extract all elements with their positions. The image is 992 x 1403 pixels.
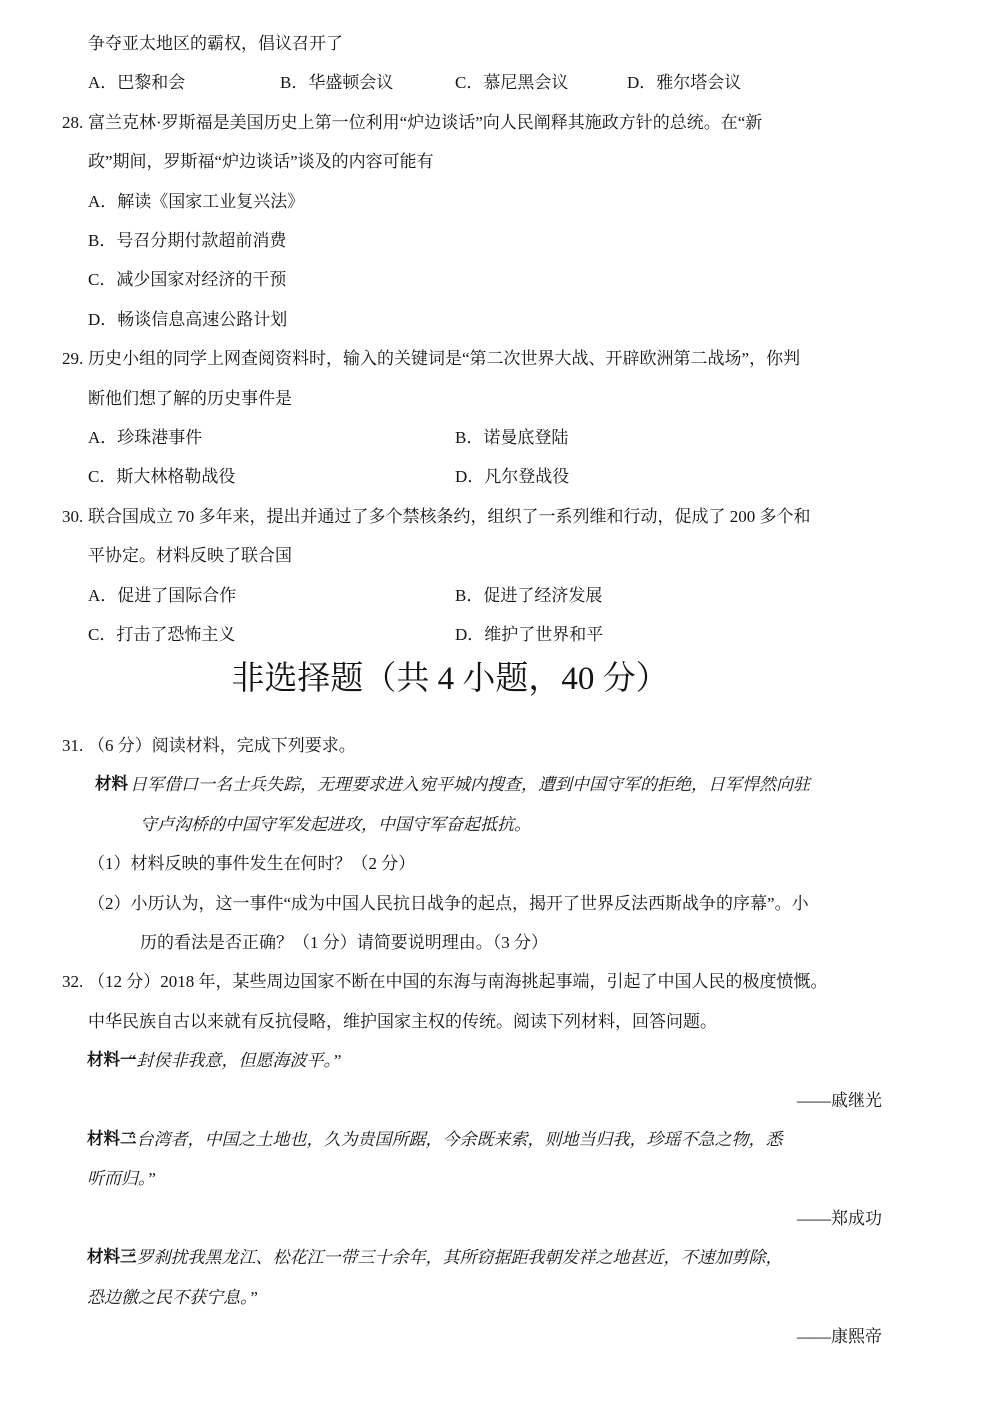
exam-paper-page: 争夺亚太地区的霸权，倡议召开了 A．巴黎和会 B．华盛顿会议 C．慕尼黑会议 D…: [0, 0, 992, 1403]
q31-stem-line: 31. （6 分）阅读材料，完成下列要求。: [0, 735, 992, 757]
q31-subquestion-1-text: （1）材料反映的事件发生在何时？（2 分）: [88, 853, 415, 874]
q28-stem-line-2: 政”期间，罗斯福“炉边谈话”谈及的内容可能有: [0, 151, 992, 173]
q32-material-3-quote-1: “罗刹扰我黑龙江、松花江一带三十余年，其所窃据距我朝发祥之地甚近，不速加剪除，: [127, 1247, 782, 1268]
q27-continuation-line: 争夺亚太地区的霸权，倡议召开了: [0, 33, 992, 55]
q32-material-3-attribution: ——康熙帝: [797, 1326, 882, 1347]
q29-number: 29.: [62, 348, 83, 369]
q32-material-2-line-1: 材料二 “台湾者，中国之土地也，久为贵国所踞，今余既来索，则地当归我，珍瑶不急之…: [0, 1129, 992, 1151]
q30-option-a: A．促进了国际合作: [88, 585, 236, 606]
q27-stem-text: 争夺亚太地区的霸权，倡议召开了: [88, 33, 343, 54]
q30-options-row-1: A．促进了国际合作 B．促进了经济发展: [0, 585, 992, 607]
q29-stem-text-1: 历史小组的同学上网查阅资料时，输入的关键词是“第二次世界大战、开辟欧洲第二战场”…: [88, 348, 800, 369]
q32-material-1-line: 材料一 “封侯非我意，但愿海波平。”: [0, 1050, 992, 1072]
q32-material-1-quote: “封侯非我意，但愿海波平。”: [127, 1050, 341, 1071]
q27-option-a: A．巴黎和会: [88, 72, 185, 93]
q28-stem-line-1: 28. 富兰克林·罗斯福是美国历史上第一位利用“炉边谈话”向人民阐释其施政方针的…: [0, 112, 992, 134]
q29-options-row-1: A．珍珠港事件 B．诺曼底登陆: [0, 427, 992, 449]
q28-option-d-row: D．畅谈信息高速公路计划: [0, 309, 992, 331]
q31-material-text-1: 日军借口一名士兵失踪，无理要求进入宛平城内搜查，遭到中国守军的拒绝，日军悍然向驻: [130, 774, 810, 795]
q28-number: 28.: [62, 112, 83, 133]
q31-number: 31.: [62, 735, 83, 756]
q32-stem-line-1: 32. （12 分）2018 年，某些周边国家不断在中国的东海与南海挑起事端，引…: [0, 971, 992, 993]
q32-material-2-quote-2: 听而归。”: [87, 1168, 156, 1189]
q32-material-1-attribution-line: ——戚继光: [0, 1090, 992, 1112]
q28-option-d: D．畅谈信息高速公路计划: [88, 309, 287, 330]
q31-subquestion-2-text-2: 历的看法是否正确？（1 分）请简要说明理由。（3 分）: [140, 932, 548, 953]
q32-number: 32.: [62, 971, 83, 992]
q32-stem-text-1: （12 分）2018 年，某些周边国家不断在中国的东海与南海挑起事端，引起了中国…: [88, 971, 828, 992]
q30-stem-text-2: 平协定。材料反映了联合国: [88, 545, 292, 566]
q32-stem-line-2: 中华民族自古以来就有反抗侵略，维护国家主权的传统。阅读下列材料，回答问题。: [0, 1011, 992, 1033]
q27-options-row: A．巴黎和会 B．华盛顿会议 C．慕尼黑会议 D．雅尔塔会议: [0, 72, 992, 94]
q30-options-row-2: C．打击了恐怖主义 D．维护了世界和平: [0, 624, 992, 646]
q28-stem-text-1: 富兰克林·罗斯福是美国历史上第一位利用“炉边谈话”向人民阐释其施政方针的总统。在…: [88, 112, 762, 133]
q28-option-b: B．号召分期付款超前消费: [88, 230, 286, 251]
q28-option-b-row: B．号召分期付款超前消费: [0, 230, 992, 252]
q29-option-b: B．诺曼底登陆: [455, 427, 568, 448]
q29-option-d: D．凡尔登战役: [455, 466, 569, 487]
q32-material-3-line-1: 材料三 “罗刹扰我黑龙江、松花江一带三十余年，其所窃据距我朝发祥之地甚近，不速加…: [0, 1247, 992, 1269]
q28-option-a-row: A．解读《国家工业复兴法》: [0, 191, 992, 213]
q32-material-1-attribution: ——戚继光: [797, 1090, 882, 1111]
q32-material-2-attribution-line: ——郑成功: [0, 1208, 992, 1230]
q29-option-c: C．斯大林格勒战役: [88, 466, 235, 487]
q27-option-b: B．华盛顿会议: [280, 72, 393, 93]
q31-subquestion-1: （1）材料反映的事件发生在何时？（2 分）: [0, 853, 992, 875]
q30-stem-text-1: 联合国成立 70 多年来，提出并通过了多个禁核条约，组织了一系列维和行动，促成了…: [88, 506, 811, 527]
section-header: 非选择题（共 4 小题，40 分）: [0, 658, 900, 700]
q32-material-2-quote-1: “台湾者，中国之土地也，久为贵国所踞，今余既来索，则地当归我，珍瑶不急之物，悉: [127, 1129, 782, 1150]
q30-option-b: B．促进了经济发展: [455, 585, 602, 606]
q29-stem-line-2: 断他们想了解的历史事件是: [0, 388, 992, 410]
q30-number: 30.: [62, 506, 83, 527]
q29-option-a: A．珍珠港事件: [88, 427, 202, 448]
q31-subquestion-2-line-2: 历的看法是否正确？（1 分）请简要说明理由。（3 分）: [0, 932, 992, 954]
q32-material-3-attribution-line: ——康熙帝: [0, 1326, 992, 1348]
q29-options-row-2: C．斯大林格勒战役 D．凡尔登战役: [0, 466, 992, 488]
q32-material-2-line-2: 听而归。”: [0, 1168, 992, 1190]
q30-option-c: C．打击了恐怖主义: [88, 624, 235, 645]
q28-option-c-row: C．减少国家对经济的干预: [0, 269, 992, 291]
q30-option-d: D．维护了世界和平: [455, 624, 603, 645]
q32-material-2-attribution: ——郑成功: [797, 1208, 882, 1229]
q30-stem-line-2: 平协定。材料反映了联合国: [0, 545, 992, 567]
q31-material-line-1: 材料 日军借口一名士兵失踪，无理要求进入宛平城内搜查，遭到中国守军的拒绝，日军悍…: [0, 774, 992, 796]
q31-subquestion-2-text-1: （2）小历认为，这一事件“成为中国人民抗日战争的起点，揭开了世界反法西斯战争的序…: [88, 893, 809, 914]
q30-stem-line-1: 30. 联合国成立 70 多年来，提出并通过了多个禁核条约，组织了一系列维和行动…: [0, 506, 992, 528]
q29-stem-line-1: 29. 历史小组的同学上网查阅资料时，输入的关键词是“第二次世界大战、开辟欧洲第…: [0, 348, 992, 370]
q31-stem-text: （6 分）阅读材料，完成下列要求。: [88, 735, 356, 756]
q27-option-d: D．雅尔塔会议: [627, 72, 741, 93]
q32-material-3-quote-2: 恐边徼之民不获宁息。”: [87, 1287, 258, 1308]
q28-option-c: C．减少国家对经济的干预: [88, 269, 286, 290]
q31-material-line-2: 守卢沟桥的中国守军发起进攻，中国守军奋起抵抗。: [0, 814, 992, 836]
q31-subquestion-2-line-1: （2）小历认为，这一事件“成为中国人民抗日战争的起点，揭开了世界反法西斯战争的序…: [0, 893, 992, 915]
q31-material-label: 材料: [95, 774, 128, 795]
q32-stem-text-2: 中华民族自古以来就有反抗侵略，维护国家主权的传统。阅读下列材料，回答问题。: [88, 1011, 717, 1032]
q29-stem-text-2: 断他们想了解的历史事件是: [88, 388, 292, 409]
q31-material-text-2: 守卢沟桥的中国守军发起进攻，中国守军奋起抵抗。: [140, 814, 531, 835]
q32-material-3-line-2: 恐边徼之民不获宁息。”: [0, 1287, 992, 1309]
q28-stem-text-2: 政”期间，罗斯福“炉边谈话”谈及的内容可能有: [88, 151, 434, 172]
q28-option-a: A．解读《国家工业复兴法》: [88, 191, 304, 212]
q27-option-c: C．慕尼黑会议: [455, 72, 568, 93]
